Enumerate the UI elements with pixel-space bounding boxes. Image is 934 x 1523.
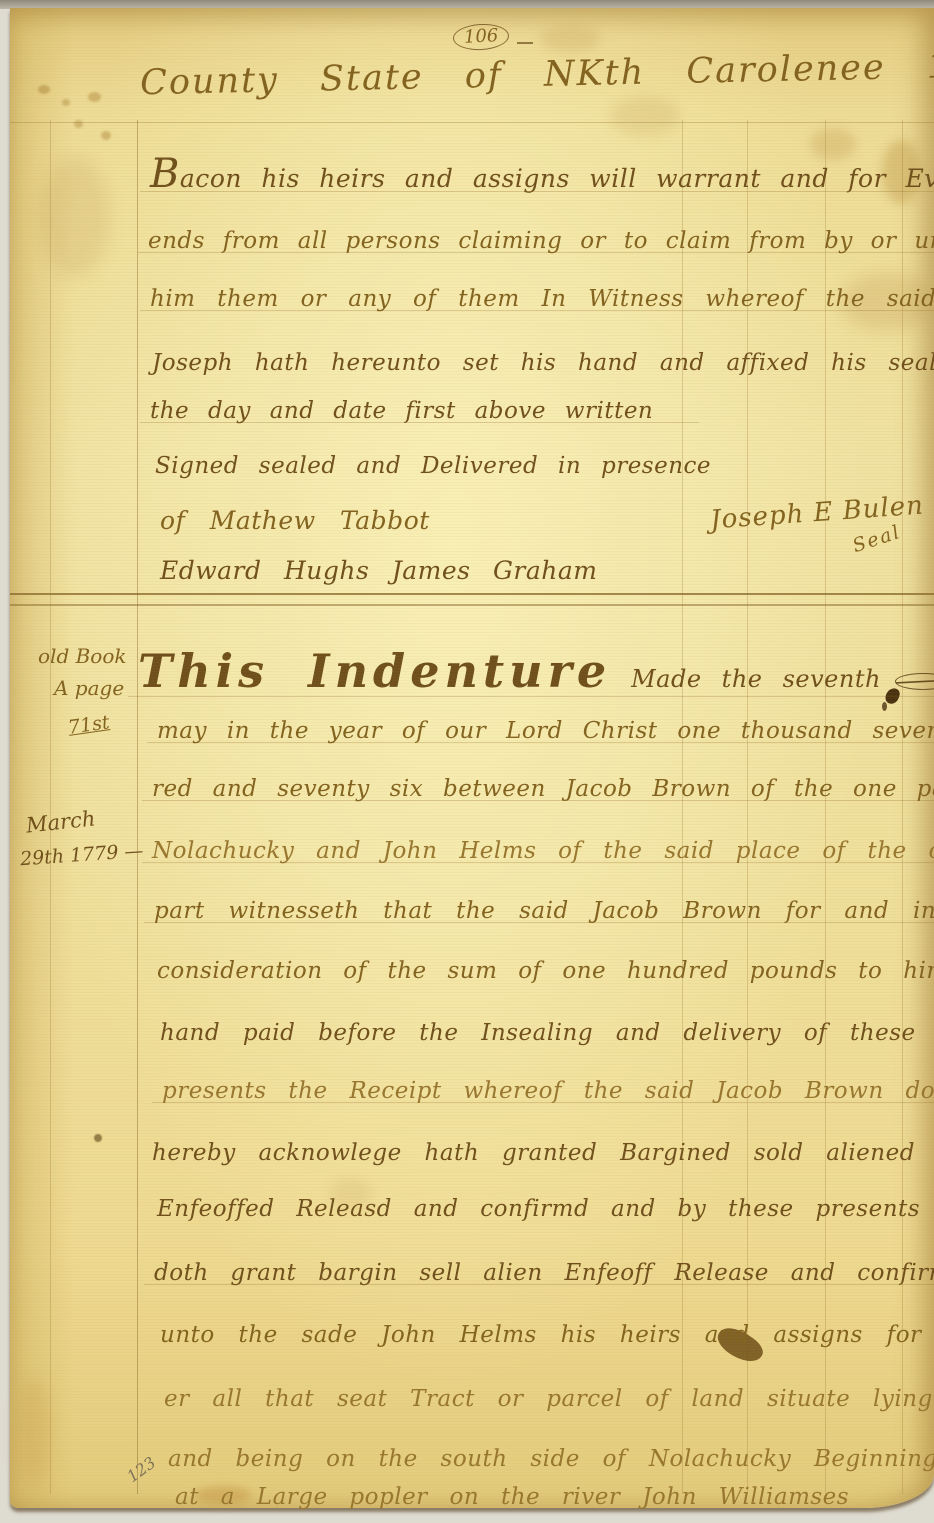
deed-line: doth grant bargin sell alien Enfeoff Rel… — [154, 1260, 934, 1286]
deed-line: presents the Receipt whereof the said Ja… — [162, 1078, 934, 1104]
column-rule — [825, 120, 826, 1494]
stain — [810, 128, 856, 160]
deed-line: Bacon his heirs and assigns will warrant… — [150, 160, 934, 193]
page-number-dash — [517, 42, 533, 44]
deed-line: Joseph hath hereunto set his hand and af… — [152, 350, 934, 376]
margin-note-book-ref: 71st — [67, 711, 111, 739]
deed-line: Nolachucky and John Helms of the said pl… — [152, 838, 934, 864]
deed-line: the day and date first above written — [150, 398, 653, 424]
column-rule — [50, 120, 51, 1494]
deed-line: Signed sealed and Delivered in presence — [155, 453, 711, 479]
stain — [540, 26, 600, 52]
deed-line: part witnesseth that the said Jacob Brow… — [154, 898, 934, 924]
section-divider — [10, 604, 934, 606]
strikeout-scribble — [895, 673, 934, 690]
deed-line: er all that seat Tract or parcel of land… — [164, 1386, 933, 1412]
deed-line: at a Large popler on the river John Will… — [175, 1484, 849, 1510]
stain — [62, 99, 70, 106]
margin-note-date: 29th 1779 — — [19, 840, 144, 871]
deed-line: him them or any of them In Witness where… — [150, 286, 934, 312]
deed-line: Enfeoffed Releasd and confirmd and by th… — [157, 1196, 920, 1222]
deed-line: unto the sade John Helms his heirs and a… — [160, 1322, 934, 1348]
witness-names: Edward Hughs James Graham — [160, 556, 597, 585]
ink-blot — [882, 702, 887, 711]
stain — [101, 131, 111, 140]
column-rule — [137, 120, 138, 1494]
deed-line: and being on the south side of Nolachuck… — [168, 1446, 934, 1472]
margin-note-page-number: 123 — [123, 1453, 159, 1486]
stain — [94, 1134, 102, 1142]
column-rule — [747, 120, 748, 1494]
horizontal-rule — [10, 122, 934, 123]
page-number: 106 — [452, 23, 510, 52]
deed-line: hereby acknowlege hath granted Bargined … — [152, 1140, 915, 1166]
section-divider — [10, 593, 934, 595]
deed-line: hand paid before the Insealing and deliv… — [160, 1020, 916, 1046]
deed-line: may in the year of our Lord Christ one t… — [157, 718, 934, 744]
page-number-group: 106 — [453, 24, 533, 50]
header-title: County State of NKth Carolenee 1779 — [140, 45, 934, 104]
stain — [20, 1378, 50, 1488]
deed-line: ends from all persons claiming or to cla… — [148, 228, 934, 254]
margin-note-book-ref: A page — [54, 676, 124, 700]
margin-note-date: March — [25, 806, 96, 837]
indenture-opening-large: This Indenture — [138, 644, 611, 698]
stain — [88, 92, 101, 102]
deed-line: consideration of the sum of one hundred … — [157, 958, 934, 984]
indenture-opening-mid: Made the seventh — [631, 665, 881, 693]
manuscript-page: 106 County State of NKth Carolenee 1779 … — [10, 8, 934, 1508]
seal-mark: Seal — [850, 521, 904, 557]
deed-line: red and seventy six between Jacob Brown … — [152, 776, 934, 802]
column-rule — [902, 120, 903, 1494]
stain — [38, 85, 50, 94]
witness-name: of Mathew Tabbot — [160, 506, 430, 535]
column-rule — [682, 120, 683, 1494]
indenture-opening: This IndentureMade the seventhday of — [138, 644, 934, 698]
margin-note-book-ref: old Book — [38, 644, 127, 668]
stain — [610, 96, 680, 136]
